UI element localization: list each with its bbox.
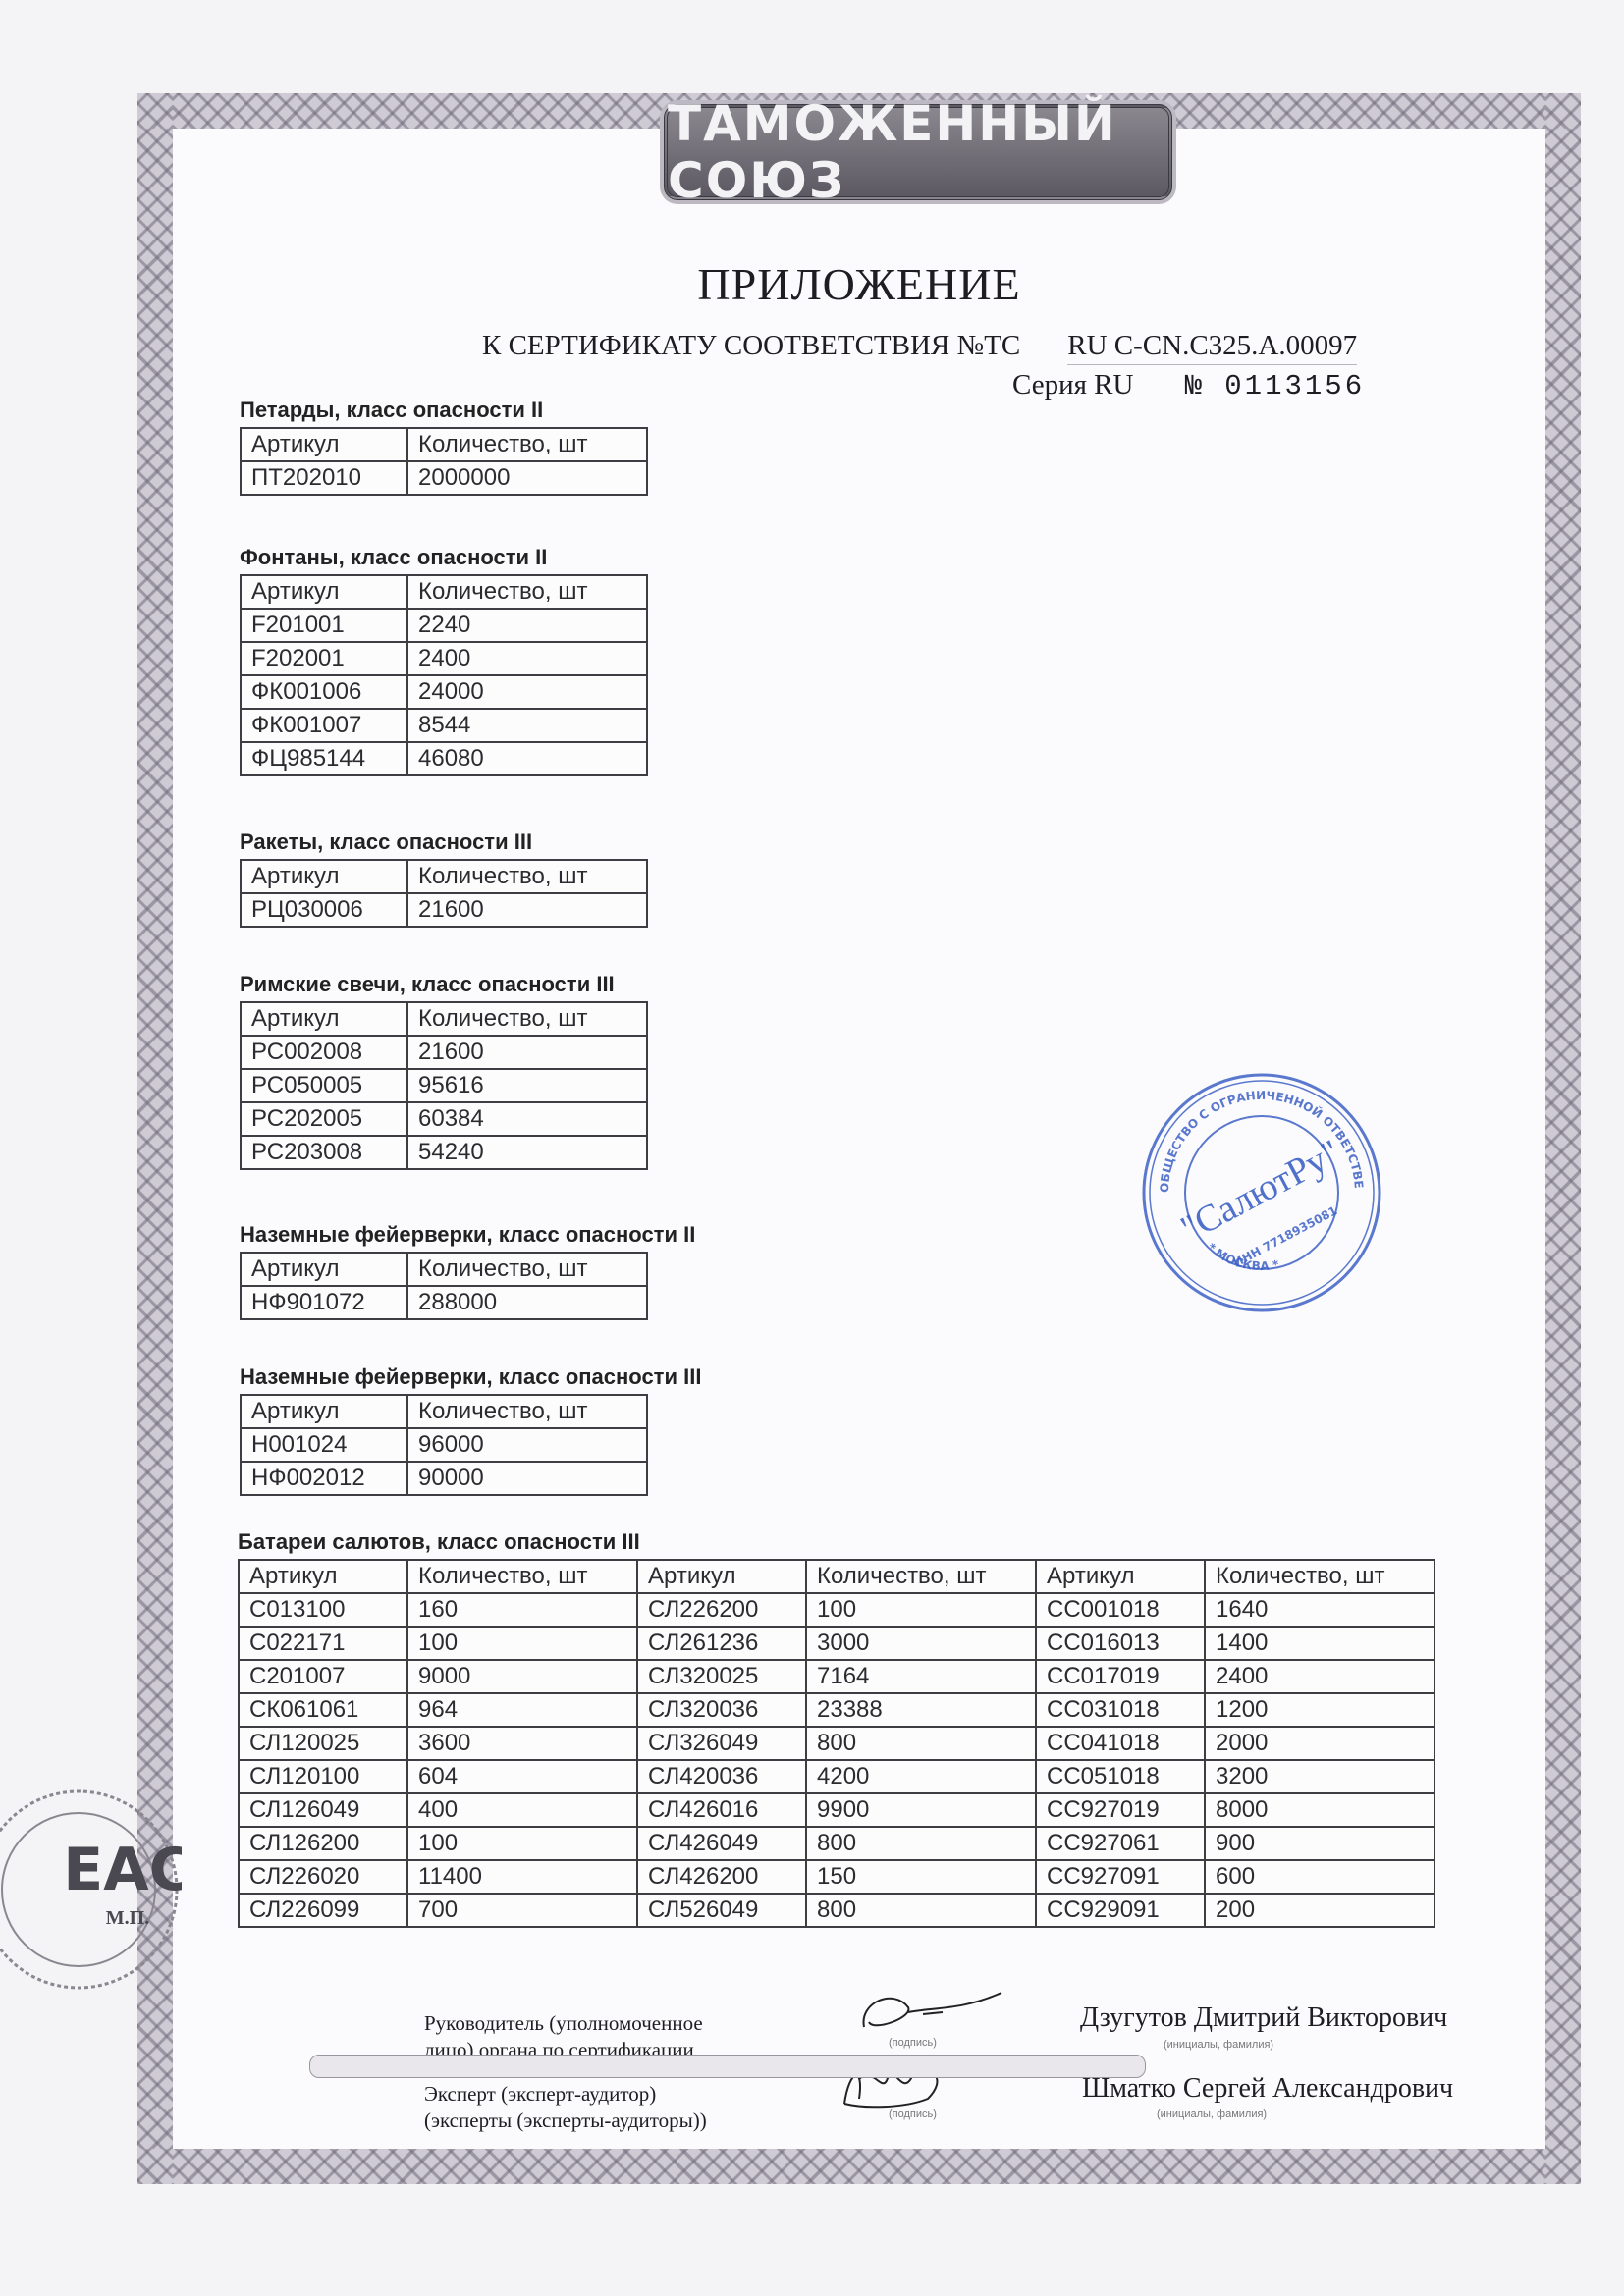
product-table: Артикул Количество, шт ПТ202010 2000000 <box>240 427 648 496</box>
quantity-cell: 1400 <box>1205 1627 1435 1660</box>
article-cell: Н001024 <box>241 1428 407 1462</box>
section-title: Римские свечи, класс опасности III <box>240 972 648 997</box>
table-row: СЛ126049400СЛ4260169900СС9270198000 <box>239 1793 1435 1827</box>
column-header: Количество, шт <box>407 1395 647 1428</box>
quantity-cell: 3600 <box>407 1727 637 1760</box>
quantity-cell: 2400 <box>1205 1660 1435 1693</box>
product-table: Артикул Количество, шт F201001 2240 F202… <box>240 574 648 776</box>
company-seal: ОБЩЕСТВО С ОГРАНИЧЕННОЙ ОТВЕТСТВЕННОСТЬЮ… <box>1139 1070 1384 1315</box>
quantity-cell: 100 <box>407 1827 637 1860</box>
quantity-cell: 60384 <box>407 1102 647 1136</box>
column-header: Артикул <box>637 1560 806 1593</box>
eac-mark: ЕАС <box>63 1836 182 1904</box>
article-cell: СС041018 <box>1036 1727 1205 1760</box>
quantity-cell: 4200 <box>806 1760 1036 1793</box>
article-cell: СЛ226200 <box>637 1593 806 1627</box>
column-header: Количество, шт <box>407 1560 637 1593</box>
quantity-cell: 96000 <box>407 1428 647 1462</box>
column-header: Артикул <box>241 428 407 461</box>
article-cell: РЦ030006 <box>241 893 407 927</box>
article-cell: СС927091 <box>1036 1860 1205 1894</box>
article-cell: F201001 <box>241 609 407 642</box>
article-cell: СЛ526049 <box>637 1894 806 1927</box>
quantity-cell: 23388 <box>806 1693 1036 1727</box>
table-row: F202001 2400 <box>241 642 647 675</box>
table-row: РЦ030006 21600 <box>241 893 647 927</box>
section-title: Петарды, класс опасности II <box>240 398 648 423</box>
article-cell: СЛ126200 <box>239 1827 407 1860</box>
quantity-cell: 604 <box>407 1760 637 1793</box>
article-cell: СЛ126049 <box>239 1793 407 1827</box>
series-number: № 0113156 <box>1184 370 1365 402</box>
quantity-cell: 100 <box>407 1627 637 1660</box>
quantity-cell: 11400 <box>407 1860 637 1894</box>
product-section: Римские свечи, класс опасности III Артик… <box>240 972 648 1170</box>
article-cell: СЛ426016 <box>637 1793 806 1827</box>
quantity-cell: 21600 <box>407 1036 647 1069</box>
quantity-cell: 95616 <box>407 1069 647 1102</box>
customs-union-banner: ТАМОЖЕННЫЙ СОЮЗ <box>664 104 1172 200</box>
table-row: СЛ120100604СЛ4200364200СС0510183200 <box>239 1760 1435 1793</box>
batteries-section: Батареи салютов, класс опасности III Арт… <box>238 1529 1435 1928</box>
head-signature <box>854 1983 1011 2042</box>
name-caption: (инициалы, фамилия) <box>1157 2109 1267 2120</box>
quantity-cell: 160 <box>407 1593 637 1627</box>
table-header-row: Артикул Количество, шт <box>241 428 647 461</box>
quantity-cell: 1640 <box>1205 1593 1435 1627</box>
table-header-row: Артикул Количество, шт <box>241 1253 647 1286</box>
page-title: ПРИЛОЖЕНИЕ <box>173 258 1545 310</box>
article-cell: СЛ261236 <box>637 1627 806 1660</box>
section-title: Батареи салютов, класс опасности III <box>238 1529 1435 1555</box>
quantity-cell: 54240 <box>407 1136 647 1169</box>
quantity-cell: 46080 <box>407 742 647 775</box>
column-header: Количество, шт <box>806 1560 1036 1593</box>
table-row: РС202005 60384 <box>241 1102 647 1136</box>
section-title: Ракеты, класс опасности III <box>240 829 648 855</box>
article-cell: СС927061 <box>1036 1827 1205 1860</box>
cert-number: RU C-CN.C325.A.00097 <box>1067 330 1357 365</box>
product-section: Ракеты, класс опасности III Артикул Коли… <box>240 829 648 928</box>
quantity-cell: 200 <box>1205 1894 1435 1927</box>
table-header-row: Артикул Количество, шт <box>241 575 647 609</box>
article-cell: СЛ120025 <box>239 1727 407 1760</box>
article-cell: СС016013 <box>1036 1627 1205 1660</box>
table-row: ФЦ985144 46080 <box>241 742 647 775</box>
signature-caption: (подпись) <box>889 2109 937 2120</box>
quantity-cell: 2240 <box>407 609 647 642</box>
printer-footer-strip <box>309 2055 1146 2078</box>
column-header: Количество, шт <box>407 860 647 893</box>
table-row: ФК001006 24000 <box>241 675 647 709</box>
article-cell: СЛ320025 <box>637 1660 806 1693</box>
table-row: РС050005 95616 <box>241 1069 647 1102</box>
table-header-row: Артикул Количество, шт <box>241 1002 647 1036</box>
article-cell: F202001 <box>241 642 407 675</box>
article-cell: РС203008 <box>241 1136 407 1169</box>
quantity-cell: 7164 <box>806 1660 1036 1693</box>
article-cell: СС001018 <box>1036 1593 1205 1627</box>
quantity-cell: 1200 <box>1205 1693 1435 1727</box>
article-cell: ФЦ985144 <box>241 742 407 775</box>
mp-mark: М.П. <box>106 1907 149 1929</box>
quantity-cell: 600 <box>1205 1860 1435 1894</box>
expert-label: Эксперт (эксперт-аудитор) (эксперты (экс… <box>424 2081 707 2134</box>
column-header: Количество, шт <box>407 1253 647 1286</box>
table-row: С022171100СЛ2612363000СС0160131400 <box>239 1627 1435 1660</box>
quantity-cell: 2000000 <box>407 461 647 495</box>
table-row: ПТ202010 2000000 <box>241 461 647 495</box>
article-cell: ФК001006 <box>241 675 407 709</box>
quantity-cell: 288000 <box>407 1286 647 1319</box>
table-row: РС002008 21600 <box>241 1036 647 1069</box>
quantity-cell: 3200 <box>1205 1760 1435 1793</box>
quantity-cell: 3000 <box>806 1627 1036 1660</box>
article-cell: СЛ426049 <box>637 1827 806 1860</box>
article-cell: НФ002012 <box>241 1462 407 1495</box>
table-row: F201001 2240 <box>241 609 647 642</box>
article-cell: С201007 <box>239 1660 407 1693</box>
quantity-cell: 700 <box>407 1894 637 1927</box>
article-cell: РС002008 <box>241 1036 407 1069</box>
quantity-cell: 9000 <box>407 1660 637 1693</box>
table-row: СЛ1200253600СЛ326049800СС0410182000 <box>239 1727 1435 1760</box>
article-cell: СК061061 <box>239 1693 407 1727</box>
table-row: СЛ126200100СЛ426049800СС927061900 <box>239 1827 1435 1860</box>
quantity-cell: 400 <box>407 1793 637 1827</box>
quantity-cell: 800 <box>806 1894 1036 1927</box>
seal-company-name: "СалютРу" <box>1174 1132 1347 1250</box>
table-row: РС203008 54240 <box>241 1136 647 1169</box>
quantity-cell: 2000 <box>1205 1727 1435 1760</box>
article-cell: СЛ320036 <box>637 1693 806 1727</box>
article-cell: ПТ202010 <box>241 461 407 495</box>
article-cell: СЛ120100 <box>239 1760 407 1793</box>
product-table: Артикул Количество, шт РС002008 21600 РС… <box>240 1001 648 1170</box>
table-header-row: Артикул Количество, шт Артикул Количеств… <box>239 1560 1435 1593</box>
series-label: Серия RU <box>1012 369 1133 400</box>
article-cell: СЛ426200 <box>637 1860 806 1894</box>
article-cell: СЛ226099 <box>239 1894 407 1927</box>
table-header-row: Артикул Количество, шт <box>241 1395 647 1428</box>
article-cell: СЛ420036 <box>637 1760 806 1793</box>
article-cell: СС031018 <box>1036 1693 1205 1727</box>
quantity-cell: 21600 <box>407 893 647 927</box>
article-cell: С022171 <box>239 1627 407 1660</box>
name-caption: (инициалы, фамилия) <box>1164 2039 1273 2051</box>
certificate-reference: К СЕРТИФИКАТУ СООТВЕТСТВИЯ №ТСRU C-CN.C3… <box>482 330 1357 365</box>
table-row: С013100160СЛ226200100СС0010181640 <box>239 1593 1435 1627</box>
section-title: Наземные фейерверки, класс опасности II <box>240 1222 695 1248</box>
table-row: СЛ22602011400СЛ426200150СС927091600 <box>239 1860 1435 1894</box>
article-cell: СЛ226020 <box>239 1860 407 1894</box>
quantity-cell: 9900 <box>806 1793 1036 1827</box>
product-table: Артикул Количество, шт НФ901072 288000 <box>240 1252 648 1320</box>
article-cell: СС929091 <box>1036 1894 1205 1927</box>
table-row: НФ002012 90000 <box>241 1462 647 1495</box>
quantity-cell: 800 <box>806 1727 1036 1760</box>
quantity-cell: 90000 <box>407 1462 647 1495</box>
quantity-cell: 964 <box>407 1693 637 1727</box>
article-cell: НФ901072 <box>241 1286 407 1319</box>
table-row: СЛ226099700СЛ526049800СС929091200 <box>239 1894 1435 1927</box>
article-cell: СЛ326049 <box>637 1727 806 1760</box>
column-header: Артикул <box>241 575 407 609</box>
article-cell: РС202005 <box>241 1102 407 1136</box>
table-row: НФ901072 288000 <box>241 1286 647 1319</box>
table-header-row: Артикул Количество, шт <box>241 860 647 893</box>
article-cell: ФК001007 <box>241 709 407 742</box>
article-cell: СС927019 <box>1036 1793 1205 1827</box>
quantity-cell: 8000 <box>1205 1793 1435 1827</box>
product-section: Фонтаны, класс опасности II Артикул Коли… <box>240 545 648 776</box>
table-row: ФК001007 8544 <box>241 709 647 742</box>
quantity-cell: 100 <box>806 1593 1036 1627</box>
product-section: Наземные фейерверки, класс опасности III… <box>240 1364 701 1496</box>
column-header: Артикул <box>241 1395 407 1428</box>
article-cell: С013100 <box>239 1593 407 1627</box>
column-header: Количество, шт <box>407 428 647 461</box>
column-header: Артикул <box>241 860 407 893</box>
column-header: Количество, шт <box>1205 1560 1435 1593</box>
column-header: Количество, шт <box>407 1002 647 1036</box>
product-section: Петарды, класс опасности II Артикул Коли… <box>240 398 648 496</box>
column-header: Артикул <box>239 1560 407 1593</box>
column-header: Артикул <box>241 1253 407 1286</box>
signature-caption: (подпись) <box>889 2037 937 2049</box>
table-row: СК061061964СЛ32003623388СС0310181200 <box>239 1693 1435 1727</box>
quantity-cell: 150 <box>806 1860 1036 1894</box>
section-title: Наземные фейерверки, класс опасности III <box>240 1364 701 1390</box>
product-section: Наземные фейерверки, класс опасности II … <box>240 1222 695 1320</box>
column-header: Артикул <box>1036 1560 1205 1593</box>
article-cell: СС051018 <box>1036 1760 1205 1793</box>
column-header: Артикул <box>241 1002 407 1036</box>
product-table: Артикул Количество, шт РЦ030006 21600 <box>240 859 648 928</box>
section-title: Фонтаны, класс опасности II <box>240 545 648 570</box>
product-table: Артикул Количество, шт Н001024 96000 НФ0… <box>240 1394 648 1496</box>
article-cell: СС017019 <box>1036 1660 1205 1693</box>
quantity-cell: 2400 <box>407 642 647 675</box>
quantity-cell: 8544 <box>407 709 647 742</box>
quantity-cell: 800 <box>806 1827 1036 1860</box>
table-row: С2010079000СЛ3200257164СС0170192400 <box>239 1660 1435 1693</box>
series-reference: Серия RU№ 0113156 <box>1012 369 1365 402</box>
quantity-cell: 900 <box>1205 1827 1435 1860</box>
column-header: Количество, шт <box>407 575 647 609</box>
cert-prefix: К СЕРТИФИКАТУ СООТВЕТСТВИЯ №ТС <box>482 330 1020 361</box>
table-row: Н001024 96000 <box>241 1428 647 1462</box>
eac-stamp: ЕАС М.П. <box>0 1787 182 1993</box>
batteries-table: Артикул Количество, шт Артикул Количеств… <box>238 1559 1435 1928</box>
head-name: Дзугутов Дмитрий Викторович <box>1080 2002 1447 2034</box>
quantity-cell: 24000 <box>407 675 647 709</box>
article-cell: РС050005 <box>241 1069 407 1102</box>
